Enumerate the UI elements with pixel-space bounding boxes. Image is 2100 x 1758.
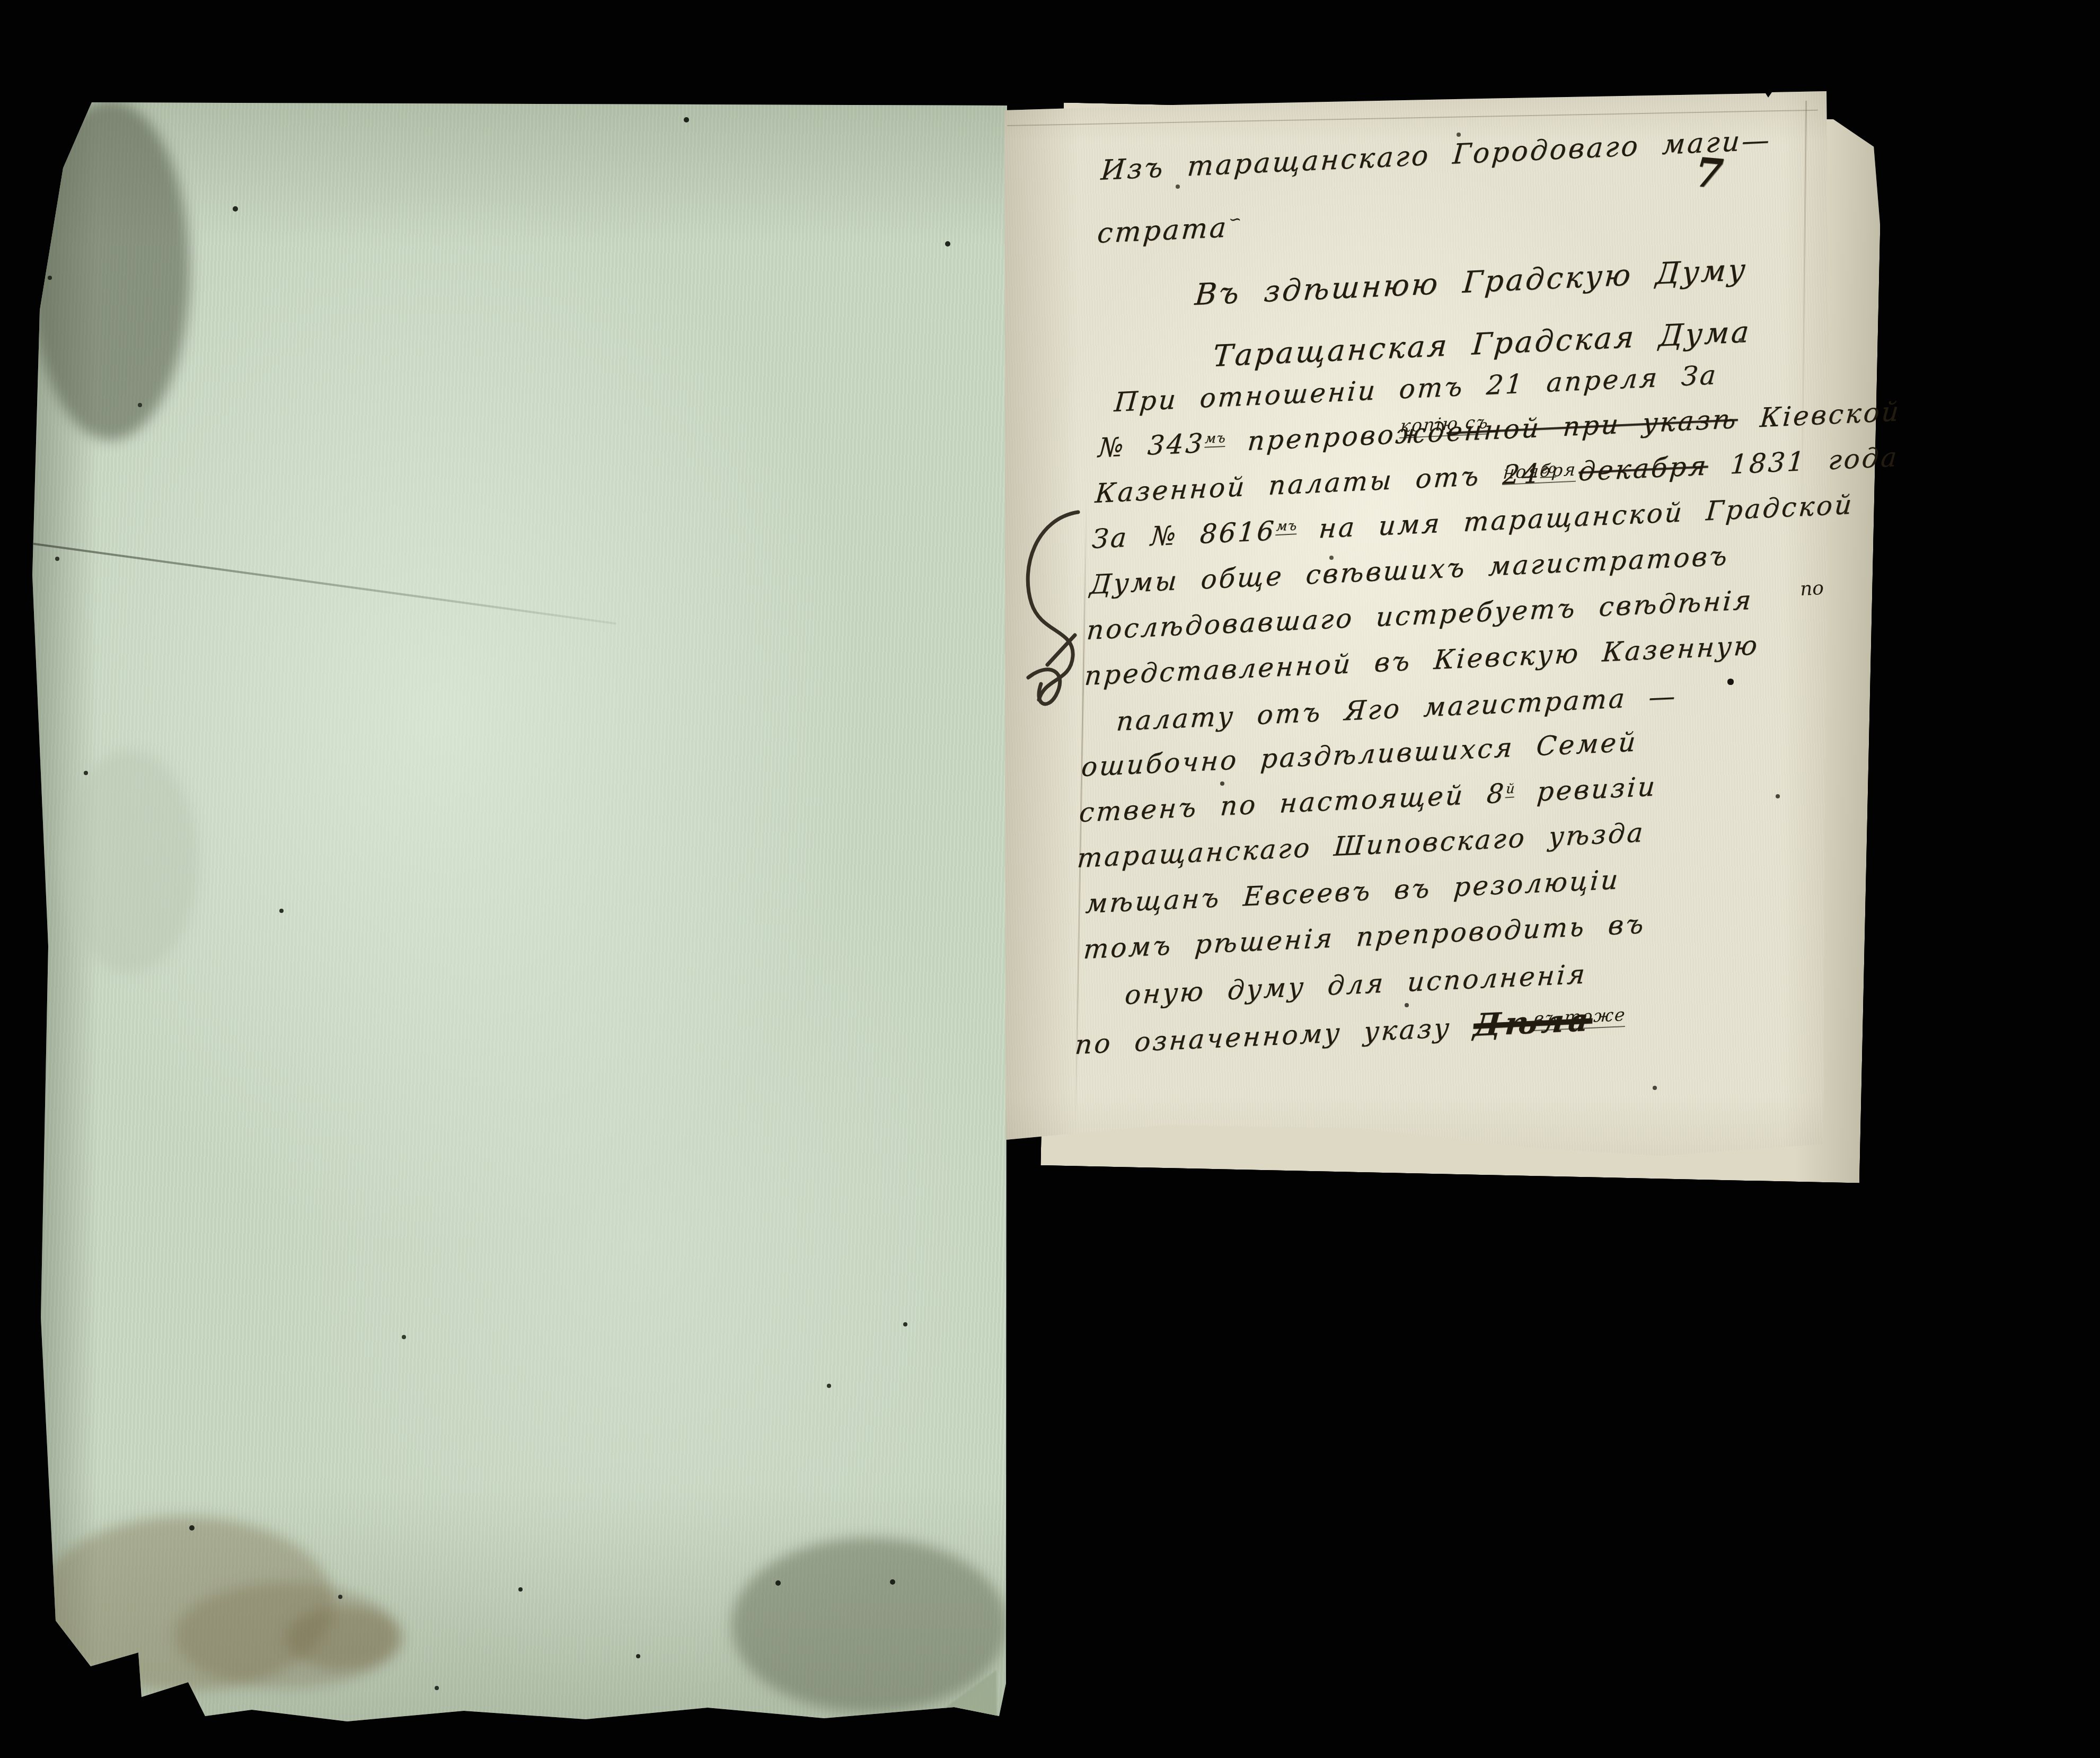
manuscript-line: Изъ таращанскаго Городоваго маги— xyxy=(1100,124,1772,187)
line-segment: на имя таращанской Градской xyxy=(1295,489,1855,545)
line-segment: ревизіи xyxy=(1514,771,1658,808)
line-segment: мъ xyxy=(1276,517,1298,535)
line-segment: № 343 xyxy=(1097,428,1206,463)
interlinear-insertion: копію съ xyxy=(1399,411,1490,438)
line-segment: страта xyxy=(1096,212,1229,249)
line-segment: по означенному указу xyxy=(1074,1012,1475,1060)
manuscript-line: томъ рѣшенія препроводить въ xyxy=(1082,909,1647,965)
manuscript-line: таращанскаго Шиповскаго уѣзда xyxy=(1076,817,1646,874)
interlinear-insertion: ноября xyxy=(1502,459,1577,485)
line-segment: декабря xyxy=(1577,450,1709,487)
interlinear-insertion: въ тоже xyxy=(1533,1004,1627,1031)
marginal-paraph-icon xyxy=(1016,503,1095,715)
manuscript-line: ошибочно раздѣлившихся Семей xyxy=(1080,726,1639,783)
manuscript-line: по означенному указу Дѣла xyxy=(1074,1001,1594,1061)
photo-stage: 7 по Изъ таращанскаго Городоваго маги—ст… xyxy=(0,0,2100,1758)
line-segment: ственъ по настоящей 8 xyxy=(1078,778,1507,828)
line-segment: Казенной палаты отъ 24 xyxy=(1094,458,1542,509)
line-segment: енной при указѣ xyxy=(1445,403,1739,447)
manuscript-line: мѣщанъ Евсеевъ въ резолюціи xyxy=(1084,864,1621,919)
manuscript-line: ственъ по настоящей 8й ревизіи xyxy=(1078,771,1658,828)
line-segment: Въ здѣшнюю Градскую Думу xyxy=(1194,252,1749,312)
line-segment: ошибочно раздѣлившихся Семей xyxy=(1080,726,1639,783)
line-segment: мъ xyxy=(1204,429,1227,447)
paper-specks xyxy=(0,0,2,2)
line-segment: томъ рѣшенія препроводить въ xyxy=(1082,909,1647,965)
line-segment: мѣщанъ Евсеевъ въ резолюціи xyxy=(1084,864,1621,919)
manuscript-line: оную думу для исполненія xyxy=(1124,959,1588,1010)
line-segment: Изъ таращанскаго Городоваго маги— xyxy=(1100,124,1772,187)
line-segment: За № 8616 xyxy=(1091,515,1277,555)
manuscript-line: страта∽ xyxy=(1096,209,1245,250)
line-segment: таращанскаго Шиповскаго уѣзда xyxy=(1076,817,1646,874)
line-segment: Кіевской xyxy=(1737,396,1902,434)
margin-catchword: по xyxy=(1799,577,1824,600)
line-segment: 1831 года xyxy=(1707,442,1900,481)
line-segment: ∽ xyxy=(1228,209,1245,228)
line-segment: оную думу для исполненія xyxy=(1124,959,1588,1010)
manuscript-line: Въ здѣшнюю Градскую Думу xyxy=(1194,252,1749,312)
text-layer: 7 по Изъ таращанскаго Городоваго маги—ст… xyxy=(0,0,2100,1758)
